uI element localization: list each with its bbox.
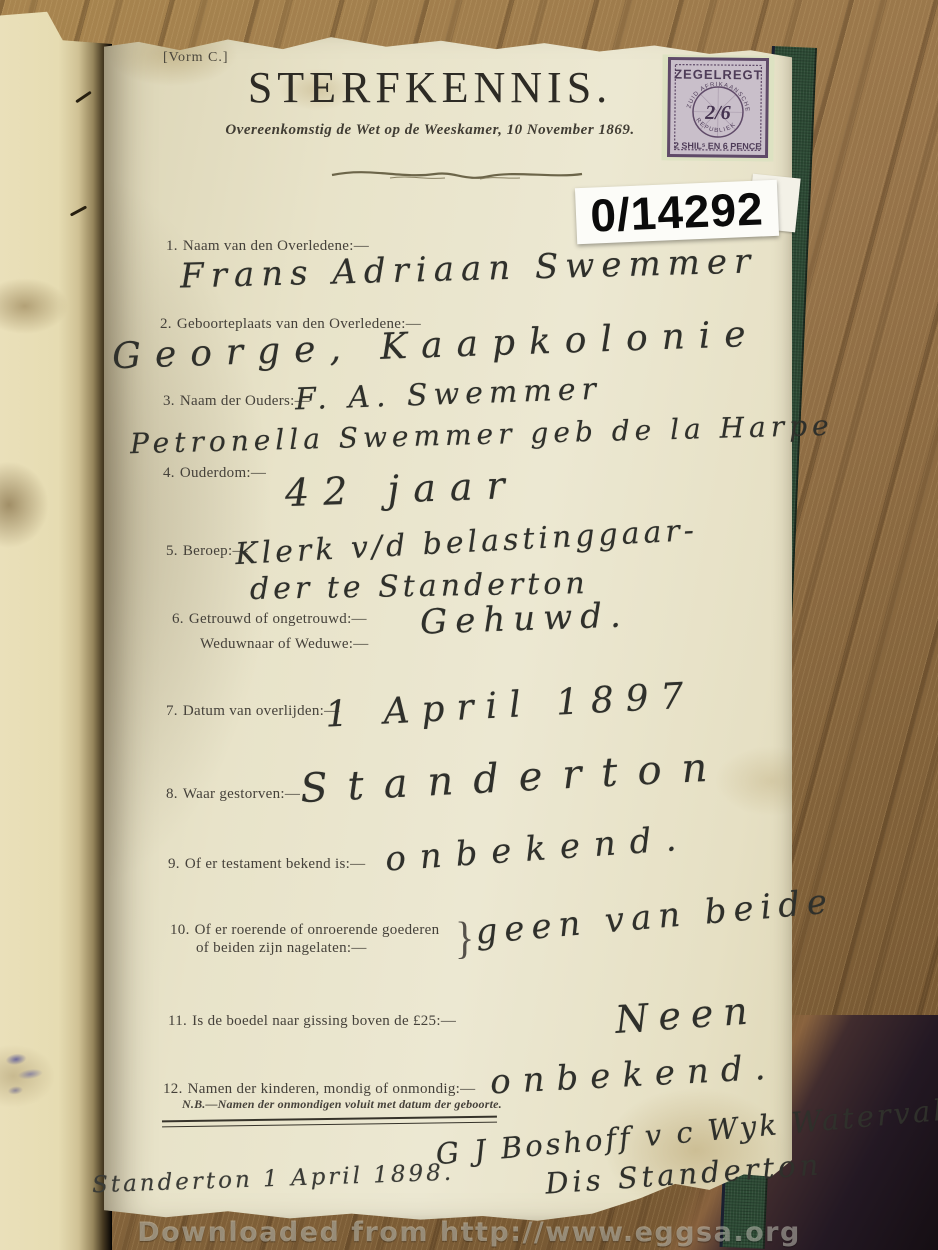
field-label-7: 7.Datum van overlijden:— <box>166 703 339 720</box>
field-value-9: onbekend. <box>384 821 691 876</box>
field-number: 8. <box>166 786 178 802</box>
field-value-3b: Petronella Swemmer geb de la Harpe <box>130 412 834 458</box>
page-title: STERFKENNIS. <box>205 62 655 113</box>
field-label-6b: Weduwnaar of Weduwe:— <box>200 636 369 653</box>
field-label-6a: 6.Getrouwd of ongetrouwd:— <box>172 611 367 628</box>
field-text: of beiden zijn nagelaten:— <box>196 940 367 956</box>
field-text: Waar gestorven:— <box>183 786 300 802</box>
field-value-10: geen van beide <box>474 884 835 949</box>
field-text: Getrouwd of ongetrouwd:— <box>189 611 367 627</box>
double-rule <box>162 1116 497 1128</box>
field-number: 6. <box>172 611 184 627</box>
field-label-11: 11.Is de boedel naar gissing boven de £2… <box>168 1013 456 1030</box>
field-label-9: 9.Of er testament bekend is:— <box>168 856 365 873</box>
nb-note: N.B.—Namen der onmondigen voluit met dat… <box>182 1097 502 1112</box>
field-number: 4. <box>163 465 175 481</box>
stamp-footer: 2 SHILˢ EN 6 PENCE <box>674 141 762 152</box>
revenue-stamp: ZEGELREGT ZUID AFRIKAANSCHE REPUBLIEK 2/… <box>661 54 774 166</box>
reference-label: 0/14292 <box>575 180 779 244</box>
field-number: 12. <box>163 1081 183 1097</box>
field-text: Weduwnaar of Weduwe:— <box>200 636 369 652</box>
field-label-4: 4.Ouderdom:— <box>163 465 266 482</box>
dateline-handwriting: Standerton 1 April 1898. <box>92 1162 455 1198</box>
field-text: Naam der Ouders:— <box>180 393 310 409</box>
photo-scene: [Vorm C.] STERFKENNIS. Overeenkomstig de… <box>0 0 938 1250</box>
page-subtitle: Overeenkomstig de Wet op de Weeskamer, 1… <box>225 122 635 139</box>
field-text: Of er roerende of onroerende goederen <box>195 922 440 938</box>
watermark: Downloaded from http://www.eggsa.org <box>0 1217 938 1248</box>
field-number: 10. <box>170 922 190 938</box>
field-value-4: 42 jaar <box>284 466 519 512</box>
field-label-12: 12.Namen der kinderen, mondig of onmondi… <box>163 1081 475 1098</box>
field-text: Is de boedel naar gissing boven de £25:— <box>192 1013 456 1029</box>
stamp-header: ZEGELREGT <box>674 67 763 83</box>
field-text: Ouderdom:— <box>180 465 266 481</box>
label-brace: } <box>455 910 474 964</box>
field-text: Of er testament bekend is:— <box>185 856 366 872</box>
stamp-value: 2/6 <box>704 102 731 124</box>
field-value-6: Gehuwd. <box>419 598 629 639</box>
field-number: 9. <box>168 856 180 872</box>
field-label-10a: 10.Of er roerende of onroerende goederen <box>170 922 439 939</box>
field-value-7: 1 April 1897 <box>324 678 696 733</box>
field-number: 2. <box>160 316 172 332</box>
field-value-12: onbekend. <box>489 1051 778 1100</box>
field-text: Datum van overlijden:— <box>183 703 340 719</box>
field-value-5a: Klerk v/d belastinggaar- <box>235 516 699 570</box>
field-text: Namen der kinderen, mondig of onmondig:— <box>188 1081 476 1097</box>
flourish-divider <box>330 163 585 190</box>
reference-number: 0/14292 <box>589 182 764 241</box>
field-value-3a: F. A. Swemmer <box>295 375 603 416</box>
field-value-8: Standerton <box>299 747 728 809</box>
field-number: 11. <box>168 1013 187 1029</box>
field-number: 7. <box>166 703 178 719</box>
field-label-3: 3.Naam der Ouders:— <box>163 393 310 410</box>
field-label-10b: of beiden zijn nagelaten:— <box>196 940 367 957</box>
field-label-8: 8.Waar gestorven:— <box>166 786 300 803</box>
field-number: 1. <box>166 238 178 254</box>
field-number: 3. <box>163 393 175 409</box>
field-value-11: Neen <box>614 991 759 1039</box>
field-number: 5. <box>166 543 178 559</box>
